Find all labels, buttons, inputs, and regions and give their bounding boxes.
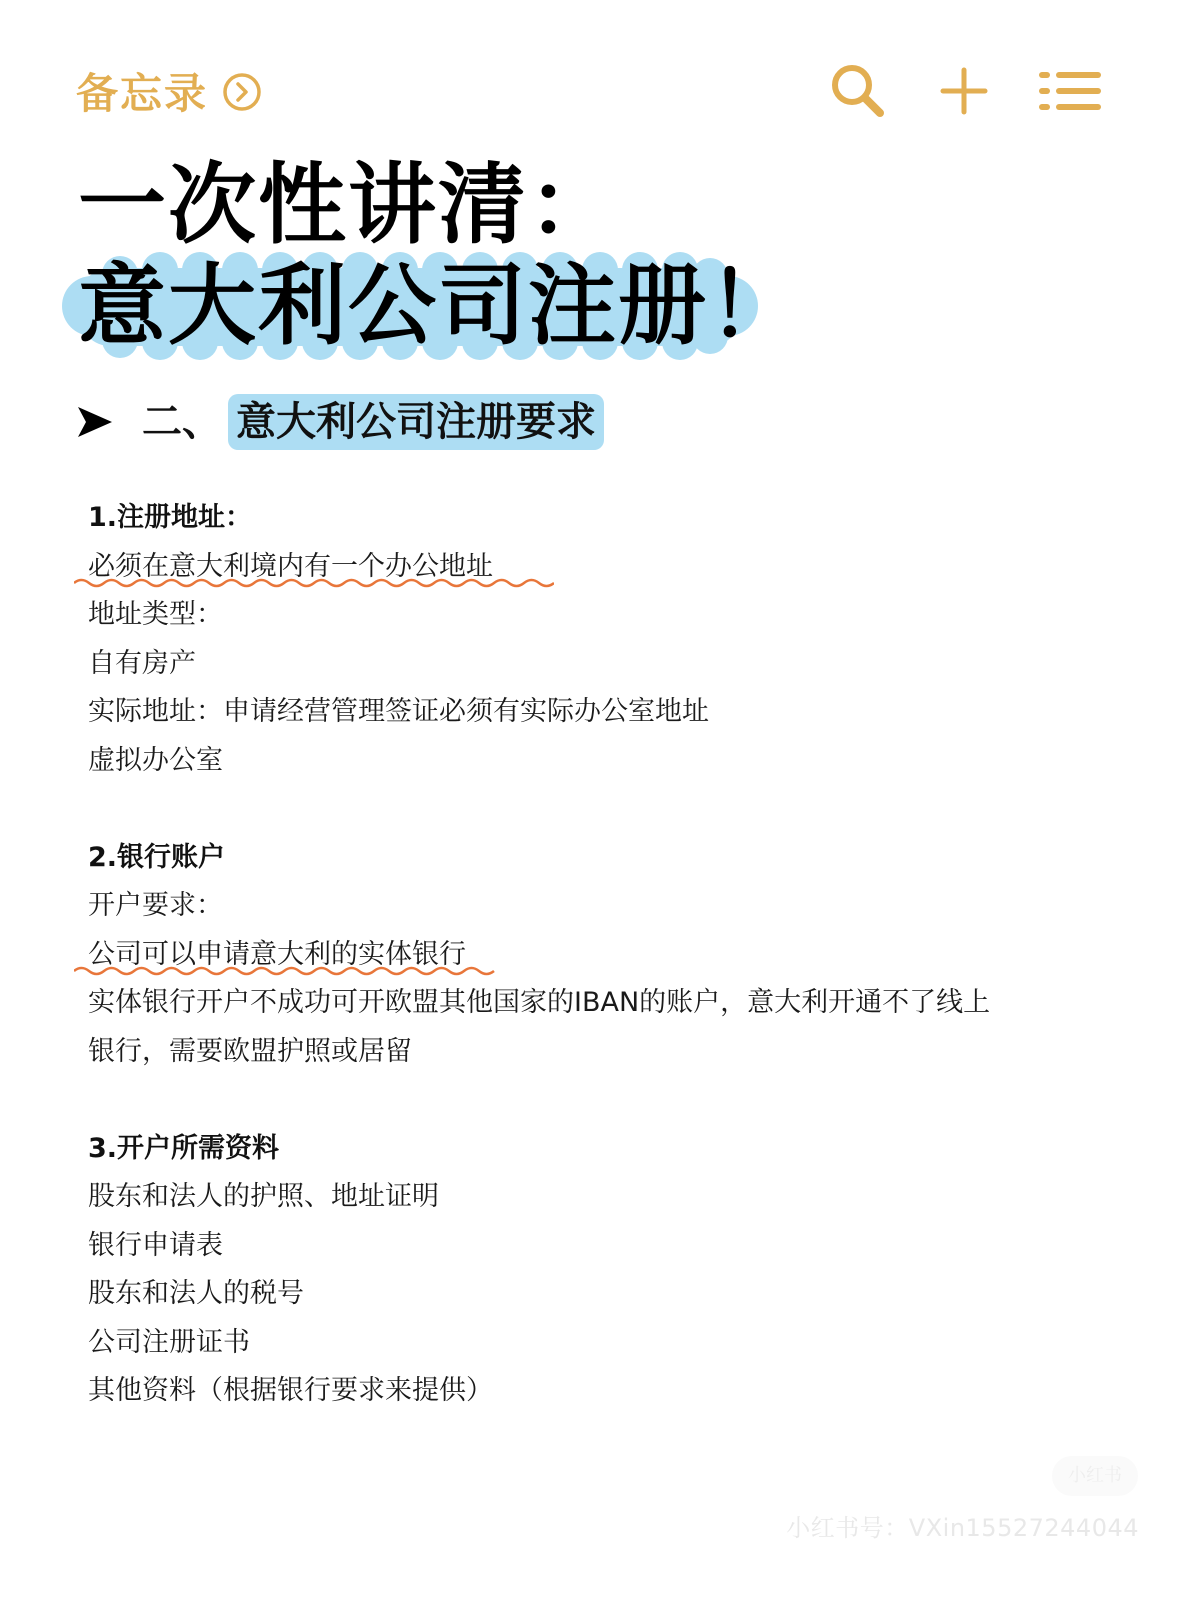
subheading-documents: 3.开户所需资料 — [88, 1125, 1108, 1174]
search-icon — [828, 61, 888, 125]
note-body: 1.注册地址： 必须在意大利境内有一个办公地址 地址类型： 自有房产 实际地址：… — [88, 494, 1108, 1416]
title-line-2-highlight: 意大利公司注册！ — [60, 252, 798, 360]
text-line: 自有房产 — [88, 640, 1108, 689]
section-heading: 二、 意大利公司注册要求 — [78, 392, 604, 452]
text-line: 实际地址：申请经营管理签证必须有实际办公室地址 — [88, 688, 1108, 737]
text-line: 其他资料（根据银行要求来提供） — [88, 1367, 1108, 1416]
title-line-1: 一次性讲清： — [78, 150, 618, 260]
section-title: 意大利公司注册要求 — [228, 394, 604, 450]
text-line: 股东和法人的护照、地址证明 — [88, 1173, 1108, 1222]
watermark-badge: 小红书 — [1052, 1456, 1138, 1496]
watermark-text: 小红书号：VXin15527244044 — [786, 1508, 1139, 1543]
back-label: 备忘录 — [76, 66, 208, 122]
plus-icon — [939, 66, 989, 120]
text-line: 开户要求： — [88, 882, 1108, 931]
text-line: 公司可以申请意大利的实体银行 — [88, 931, 1108, 980]
search-button[interactable] — [827, 62, 889, 124]
text-line: 必须在意大利境内有一个办公地址 — [88, 543, 1108, 592]
list-icon — [1038, 69, 1102, 117]
text-line: 银行，需要欧盟护照或居留 — [88, 1028, 1108, 1077]
header-actions — [827, 62, 1101, 124]
wavy-underline — [74, 965, 504, 977]
subheading-bank-account: 2.银行账户 — [88, 834, 1108, 883]
text-line: 虚拟办公室 — [88, 737, 1108, 786]
subheading-address: 1.注册地址： — [88, 494, 1108, 543]
arrow-right-icon — [78, 405, 112, 439]
text-line: 银行申请表 — [88, 1222, 1108, 1271]
list-button[interactable] — [1039, 62, 1101, 124]
title-line-2: 意大利公司注册！ — [60, 252, 798, 360]
text-line: 地址类型： — [88, 591, 1108, 640]
text-line: 股东和法人的税号 — [88, 1270, 1108, 1319]
chevron-right-circle-icon — [222, 72, 262, 116]
section-number: 二、 — [142, 392, 222, 452]
back-button[interactable]: 备忘录 — [76, 66, 262, 122]
wavy-underline — [74, 577, 554, 589]
add-button[interactable] — [933, 62, 995, 124]
text-line: 公司注册证书 — [88, 1319, 1108, 1368]
text-line: 实体银行开户不成功可开欧盟其他国家的IBAN的账户，意大利开通不了线上 — [88, 979, 1108, 1028]
top-bar: 备忘录 — [0, 0, 1197, 150]
